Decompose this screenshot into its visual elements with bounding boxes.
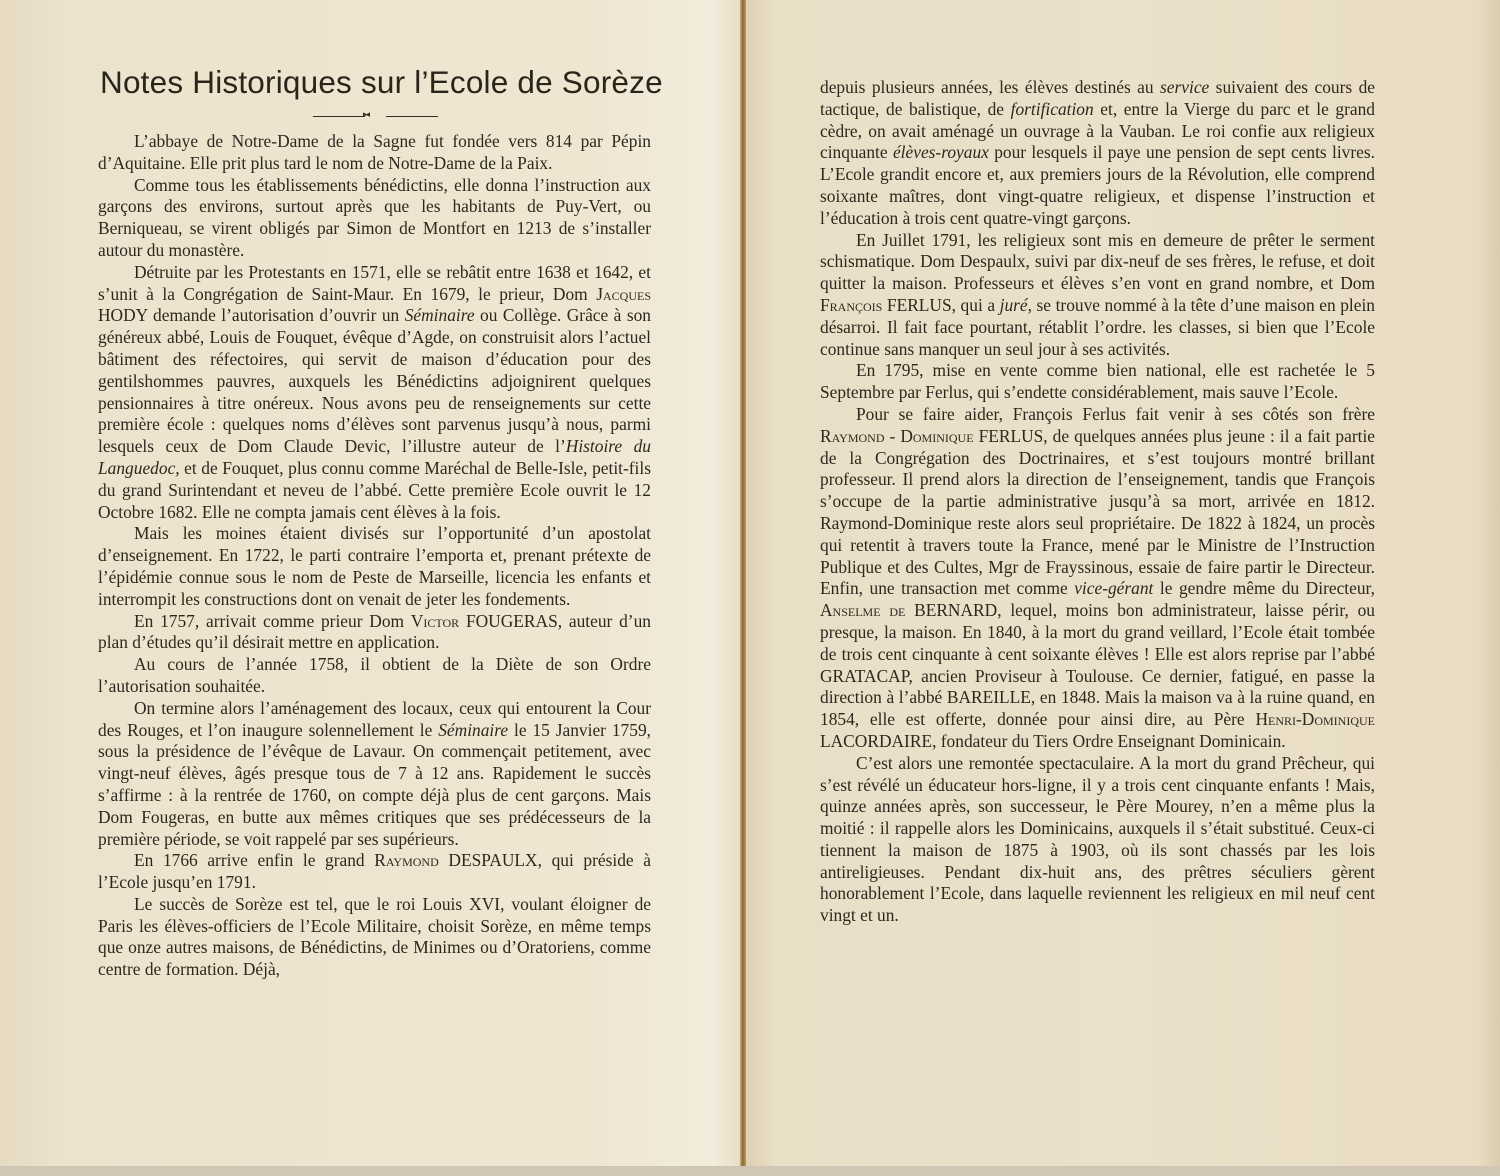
book-spread: Notes Historiques sur l’Ecole de Sorèze …	[0, 0, 1500, 1176]
scan-bottom-edge	[0, 1166, 1500, 1176]
italic-term: juré,	[1000, 295, 1032, 315]
ornament-rule-right	[386, 116, 438, 117]
page-title: Notes Historiques sur l’Ecole de Sorèze	[100, 64, 655, 101]
paragraph-continued: depuis plusieurs années, les élèves dest…	[820, 77, 1375, 230]
small-caps-name: Anselme de	[820, 600, 905, 620]
paragraph: En 1795, mise en vente comme bien nation…	[820, 360, 1375, 404]
paragraph: En Juillet 1791, les religieux sont mis …	[820, 230, 1375, 361]
small-caps-name: François	[820, 295, 882, 315]
paragraph: C’est alors une remontée spectaculaire. …	[820, 753, 1375, 927]
small-caps-name: Henri-Dominique	[1255, 709, 1375, 729]
paragraph: Le succès de Sorèze est tel, que le roi …	[98, 894, 651, 981]
paragraph: On termine alors l’aménagement des locau…	[98, 698, 651, 851]
paragraph: Mais les moines étaient divisés sur l’op…	[98, 523, 651, 610]
book-gutter	[740, 0, 746, 1166]
paragraph: Détruite par les Protestants en 1571, el…	[98, 262, 651, 524]
italic-term: vice-gérant	[1074, 578, 1153, 598]
paragraph: Au cours de l’année 1758, il obtient de …	[98, 654, 651, 698]
small-caps-name: Raymond	[374, 850, 439, 870]
paragraph: En 1757, arrivait comme prieur Dom Victo…	[98, 611, 651, 655]
small-caps-name: Raymond - Dominique	[820, 426, 974, 446]
paragraph: L’abbaye de Notre-Dame de la Sagne fut f…	[98, 131, 651, 175]
italic-term: service	[1160, 77, 1209, 97]
ornament-arrows-icon: ▸◂	[363, 109, 368, 120]
small-caps-name: Jacques	[596, 284, 651, 304]
italic-term: Séminaire	[438, 720, 508, 740]
italic-term: Séminaire	[405, 305, 475, 325]
ornament-rule-left	[313, 116, 365, 117]
italic-term: élèves-royaux	[893, 142, 989, 162]
small-caps-name: Victor	[411, 611, 459, 631]
paragraph: Comme tous les établissements bénédictin…	[98, 175, 651, 262]
paragraph: Pour se faire aider, François Ferlus fai…	[820, 404, 1375, 753]
paragraph: En 1766 arrive enfin le grand Raymond DE…	[98, 850, 651, 894]
italic-term: fortification	[1011, 99, 1094, 119]
right-page-body: depuis plusieurs années, les élèves dest…	[820, 77, 1375, 927]
title-ornament: ▸◂	[313, 114, 438, 120]
left-page-body: L’abbaye de Notre-Dame de la Sagne fut f…	[98, 131, 651, 981]
